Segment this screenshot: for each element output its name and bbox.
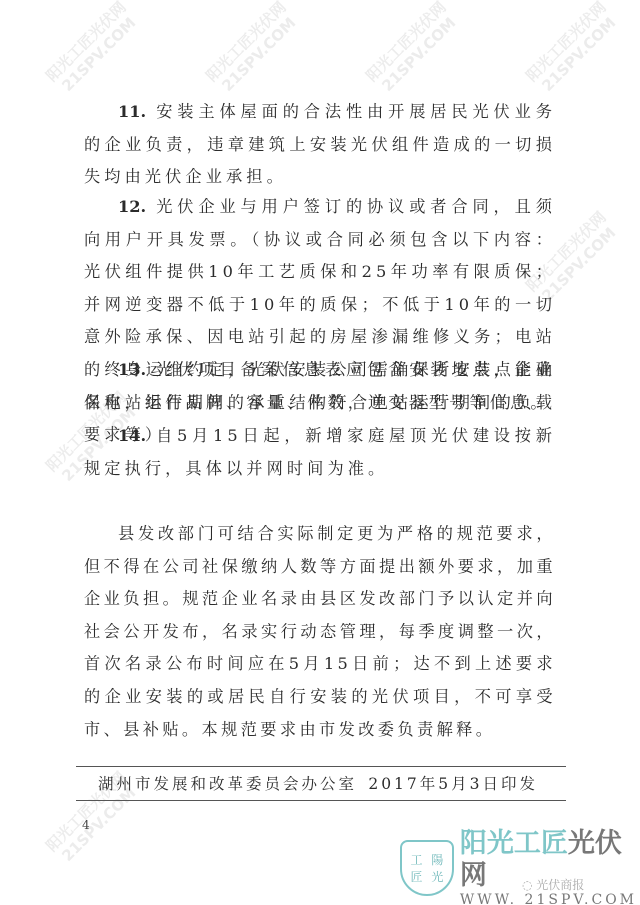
watermark: 阳光工匠光伏网21SPV.COM <box>203 0 303 98</box>
issuer: 湖州市发展和改革委员会办公室 <box>98 772 357 794</box>
issue-date: 2017年5月3日印发 <box>368 772 538 794</box>
wechat-icon: ◌ <box>522 878 536 892</box>
paragraph-11: 11. 安装主体屋面的合法性由开展居民光伏业务的企业负责，违章建筑上安装光伏组件… <box>84 96 556 194</box>
wechat-source-label: ◌ 光伏商报 <box>522 876 584 893</box>
page-number: 4 <box>82 818 90 832</box>
brand-url: WWW. 21SPV.COM <box>460 892 640 905</box>
footer-rule-top <box>76 766 566 767</box>
watermark: 阳光工匠光伏网21SPV.COM <box>43 0 143 98</box>
site-logo: 工陽 匠光 阳光工匠光伏网 WWW. 21SPV.COM <box>400 828 640 905</box>
paragraph-13: 13. 光伏项目备案信息表应包含安装地点，企业名称，组件品牌、容量、件数，逆变器… <box>84 354 556 419</box>
issuance-footer: 湖州市发展和改革委员会办公室 2017年5月3日印发 <box>98 772 538 794</box>
paragraph-14: 14. 自5月15日起，新增家庭屋顶光伏建设按新规定执行，具体以并网时间为准。 <box>84 420 556 485</box>
watermark: 阳光工匠光伏网21SPV.COM <box>363 0 463 98</box>
brand-text: 阳光工匠光伏网 WWW. 21SPV.COM <box>460 828 640 905</box>
shield-icon: 工陽 匠光 <box>400 840 454 896</box>
paragraph-closing: 县发改部门可结合实际制定更为严格的规范要求，但不得在公司社保缴纳人数等方面提出额… <box>84 518 556 746</box>
footer-rule-bottom <box>76 800 566 801</box>
watermark: 阳光工匠光伏网21SPV.COM <box>523 0 623 98</box>
